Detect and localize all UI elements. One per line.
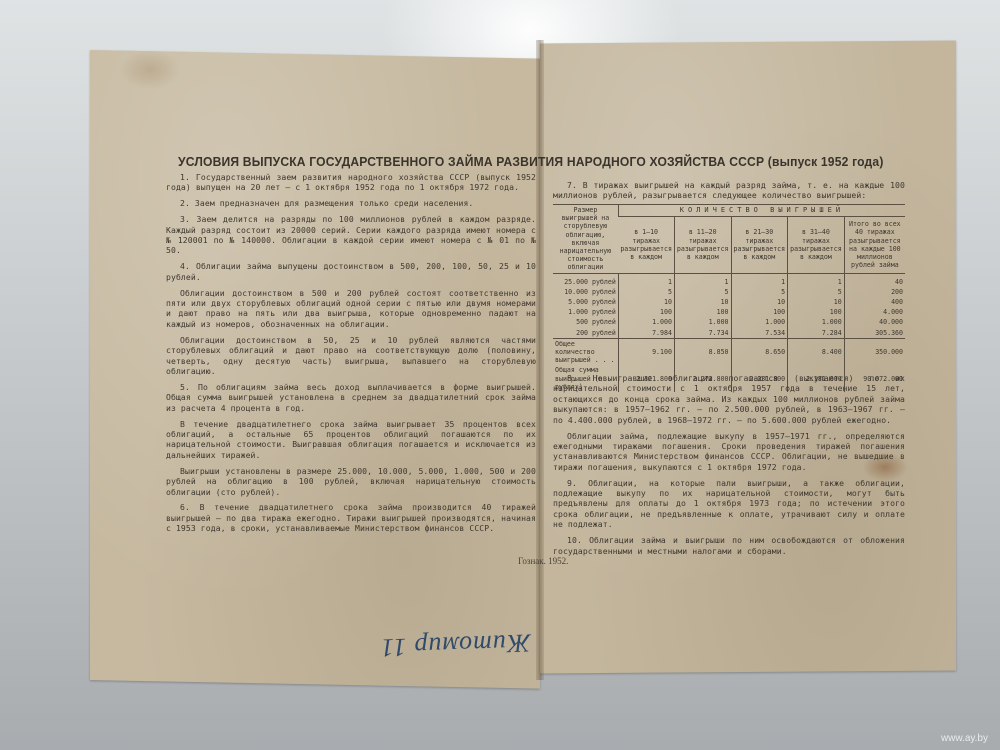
left-column: 1. Государственный заем развития народно… <box>166 172 536 539</box>
clause: Облигации займа, подлежащие выкупу в 195… <box>553 431 905 473</box>
table-cell: 40.000 <box>844 317 905 327</box>
table-row: 25.000 рублей111140 <box>553 273 905 287</box>
table-cell: 10 <box>731 297 788 307</box>
table-cell: 200 <box>844 287 905 297</box>
handwritten-note: Житомир 11 <box>380 627 532 662</box>
table-row: Общее количество выигрышей . . .9.1008.8… <box>553 338 905 365</box>
table-col-header: в 11—20 тиражах разыгрывается в каждом <box>674 217 731 274</box>
table-cell: 1 <box>618 273 674 287</box>
table-cell: 7.734 <box>674 328 731 339</box>
table-col-header: Итого во всех 40 тиражах разыгрывается н… <box>844 217 905 274</box>
table-cell: 1 <box>674 273 731 287</box>
row-label: 1.000 рублей <box>553 307 618 317</box>
table-cell: 305.360 <box>844 328 905 339</box>
row-label: 25.000 рублей <box>553 273 618 287</box>
table-cell: 4.000 <box>844 307 905 317</box>
table-row: 10.000 рублей5555200 <box>553 287 905 297</box>
clause: 2. Заем предназначен для размещения толь… <box>166 198 536 208</box>
clause: 8. Невыигравшие облигации погашаются (вы… <box>553 373 905 425</box>
row-label: 500 рублей <box>553 317 618 327</box>
printer-mark: Гознак. 1952. <box>518 556 568 566</box>
table-cell: 5 <box>618 287 674 297</box>
table-cell: 1.000 <box>788 317 845 327</box>
table-row: 200 рублей7.9847.7347.5347.284305.360 <box>553 328 905 339</box>
clause: 4. Облигации займа выпущены достоинством… <box>166 261 536 282</box>
stain <box>120 50 180 90</box>
table-cell: 1 <box>731 273 788 287</box>
table-row: 5.000 рублей10101010400 <box>553 297 905 307</box>
table-cell: 100 <box>788 307 845 317</box>
clause: Выигрыши установлены в размере 25.000, 1… <box>166 466 536 497</box>
table-cell: 1 <box>788 273 845 287</box>
table-cell: 7.284 <box>788 328 845 339</box>
clause: 10. Облигации займа и выигрыши по ним ос… <box>553 535 905 556</box>
table-col-header: в 21—30 тиражах разыгрывается в каждом <box>731 217 788 274</box>
table-cell: 350.000 <box>844 338 905 365</box>
table-cell: 9.100 <box>618 338 674 365</box>
right-column: 8. Невыигравшие облигации погашаются (вы… <box>553 373 905 562</box>
document-title: УСЛОВИЯ ВЫПУСКА ГОСУДАРСТВЕННОГО ЗАЙМА Р… <box>178 154 857 169</box>
table-cell: 5 <box>674 287 731 297</box>
table-cell: 10 <box>618 297 674 307</box>
prize-table: Размер выигрышей на сторублевую облигаци… <box>553 204 905 392</box>
row-label: 10.000 рублей <box>553 287 618 297</box>
table-header-first: Размер выигрышей на сторублевую облигаци… <box>553 205 618 274</box>
table-cell: 100 <box>674 307 731 317</box>
fold-crease <box>536 40 544 680</box>
clause: 9. Облигации, на которые пали выигрыши, … <box>553 478 905 530</box>
row-label: Общее количество выигрышей . . . <box>553 338 618 365</box>
table-cell: 40 <box>844 273 905 287</box>
clause: 1. Государственный заем развития народно… <box>166 172 536 193</box>
table-col-header: в 31—40 тиражах разыгрывается в каждом <box>788 217 845 274</box>
clause: 3. Заем делится на разряды по 100 миллио… <box>166 214 536 256</box>
clause: Облигации достоинством в 50, 25 и 10 руб… <box>166 335 536 377</box>
watermark: www.ay.by <box>941 733 988 744</box>
clause: В течение двадцатилетнего срока займа вы… <box>166 419 536 461</box>
table-cell: 10 <box>674 297 731 307</box>
clause: 6. В течение двадцатилетнего срока займа… <box>166 502 536 533</box>
clause: 7. В тиражах выигрышей на каждый разряд … <box>553 180 905 201</box>
table-cell: 10 <box>788 297 845 307</box>
table-cell: 8.850 <box>674 338 731 365</box>
row-label: 5.000 рублей <box>553 297 618 307</box>
table-cell: 1.000 <box>618 317 674 327</box>
table-cell: 1.000 <box>731 317 788 327</box>
table-row: 1.000 рублей1001001001004.000 <box>553 307 905 317</box>
table-cell: 7.984 <box>618 328 674 339</box>
table-group-header: КОЛИЧЕСТВО ВЫИГРЫШЕЙ <box>618 205 905 217</box>
table-cell: 8.650 <box>731 338 788 365</box>
table-cell: 100 <box>731 307 788 317</box>
right-intro: 7. В тиражах выигрышей на каждый разряд … <box>553 180 905 206</box>
clause: 5. По облигациям займа весь доход выплач… <box>166 382 536 413</box>
table-cell: 400 <box>844 297 905 307</box>
row-label: 200 рублей <box>553 328 618 339</box>
table-cell: 7.534 <box>731 328 788 339</box>
table-cell: 1.000 <box>674 317 731 327</box>
table-cell: 5 <box>788 287 845 297</box>
table-cell: 8.400 <box>788 338 845 365</box>
table-cell: 100 <box>618 307 674 317</box>
table-col-header: в 1—10 тиражах разыгрывается в каждом <box>618 217 674 274</box>
clause: Облигации достоинством в 500 и 200 рубле… <box>166 288 536 330</box>
table-row: 500 рублей1.0001.0001.0001.00040.000 <box>553 317 905 327</box>
table-cell: 5 <box>731 287 788 297</box>
